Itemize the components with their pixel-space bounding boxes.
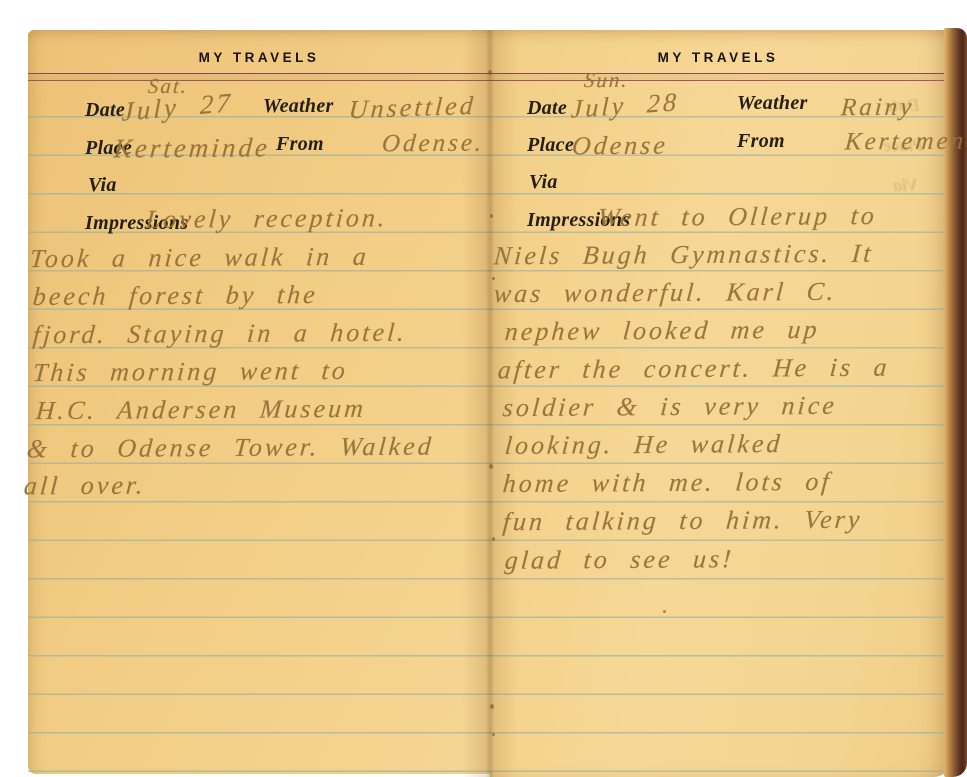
bleedthrough-place-label: Place — [883, 135, 924, 156]
via-label-left: Via — [88, 174, 117, 197]
stain-dot — [488, 70, 492, 75]
impressions-line: was wonderful. Karl C. — [493, 277, 838, 309]
stain-dot — [663, 610, 666, 613]
place-value-right: Odense — [571, 131, 669, 162]
from-label-right: From — [737, 130, 785, 153]
impressions-line: Niels Bugh Gymnastics. It — [493, 239, 875, 272]
stain-dot — [490, 214, 493, 218]
impressions-line: looking. He walked — [504, 429, 784, 461]
place-value-left: Kerteminde — [113, 132, 272, 164]
impressions-line: nephew looked me up — [504, 315, 821, 347]
impressions-line: soldier & is very nice — [502, 391, 838, 423]
from-label-left: From — [276, 133, 324, 156]
stain-dot — [490, 704, 494, 709]
impressions-line: Lovely reception. — [145, 203, 389, 235]
stain-dot — [492, 733, 495, 736]
scanned-diary-spread: MY TRAVELS MY TRAVELS Date Weather Place… — [0, 0, 967, 777]
weather-label-right: Weather — [737, 92, 808, 115]
impressions-line: glad to see us! — [504, 544, 735, 576]
day-value-right: Sun. — [583, 68, 630, 93]
impressions-line: fjord. Staying in a hotel. — [32, 318, 408, 351]
place-label-right: Place — [527, 134, 574, 157]
impressions-line: H.C. Andersen Museum — [35, 394, 368, 426]
bleedthrough-via-label: Via — [893, 175, 918, 196]
date-label-right: Date — [527, 97, 567, 120]
stain-dot — [492, 537, 495, 541]
impressions-line: after the concert. He is a — [497, 353, 891, 386]
page-title-left: MY TRAVELS — [199, 50, 320, 65]
impressions-line: & to Odense Tower. Walked — [26, 432, 435, 465]
impressions-line: This morning went to — [32, 356, 349, 388]
impressions-line: Took a nice walk in a — [29, 242, 370, 274]
impressions-line: all over. — [23, 471, 147, 502]
date-label-left: Date — [85, 99, 125, 122]
impressions-line: Went to Ollerup to — [597, 201, 878, 233]
impressions-line: beech forest by the — [32, 280, 319, 312]
stain-dot — [489, 464, 493, 469]
from-value-left: Odense. — [381, 130, 486, 159]
impressions-line: fun talking to him. Very — [502, 505, 864, 538]
weather-value-left: Unsettled — [348, 91, 477, 125]
page-title-right: MY TRAVELS — [658, 50, 779, 65]
bleedthrough-date-label: Date — [885, 95, 920, 116]
via-label-right: Via — [529, 171, 558, 194]
impressions-line: home with me. lots of — [502, 467, 833, 499]
weather-label-left: Weather — [263, 95, 334, 118]
